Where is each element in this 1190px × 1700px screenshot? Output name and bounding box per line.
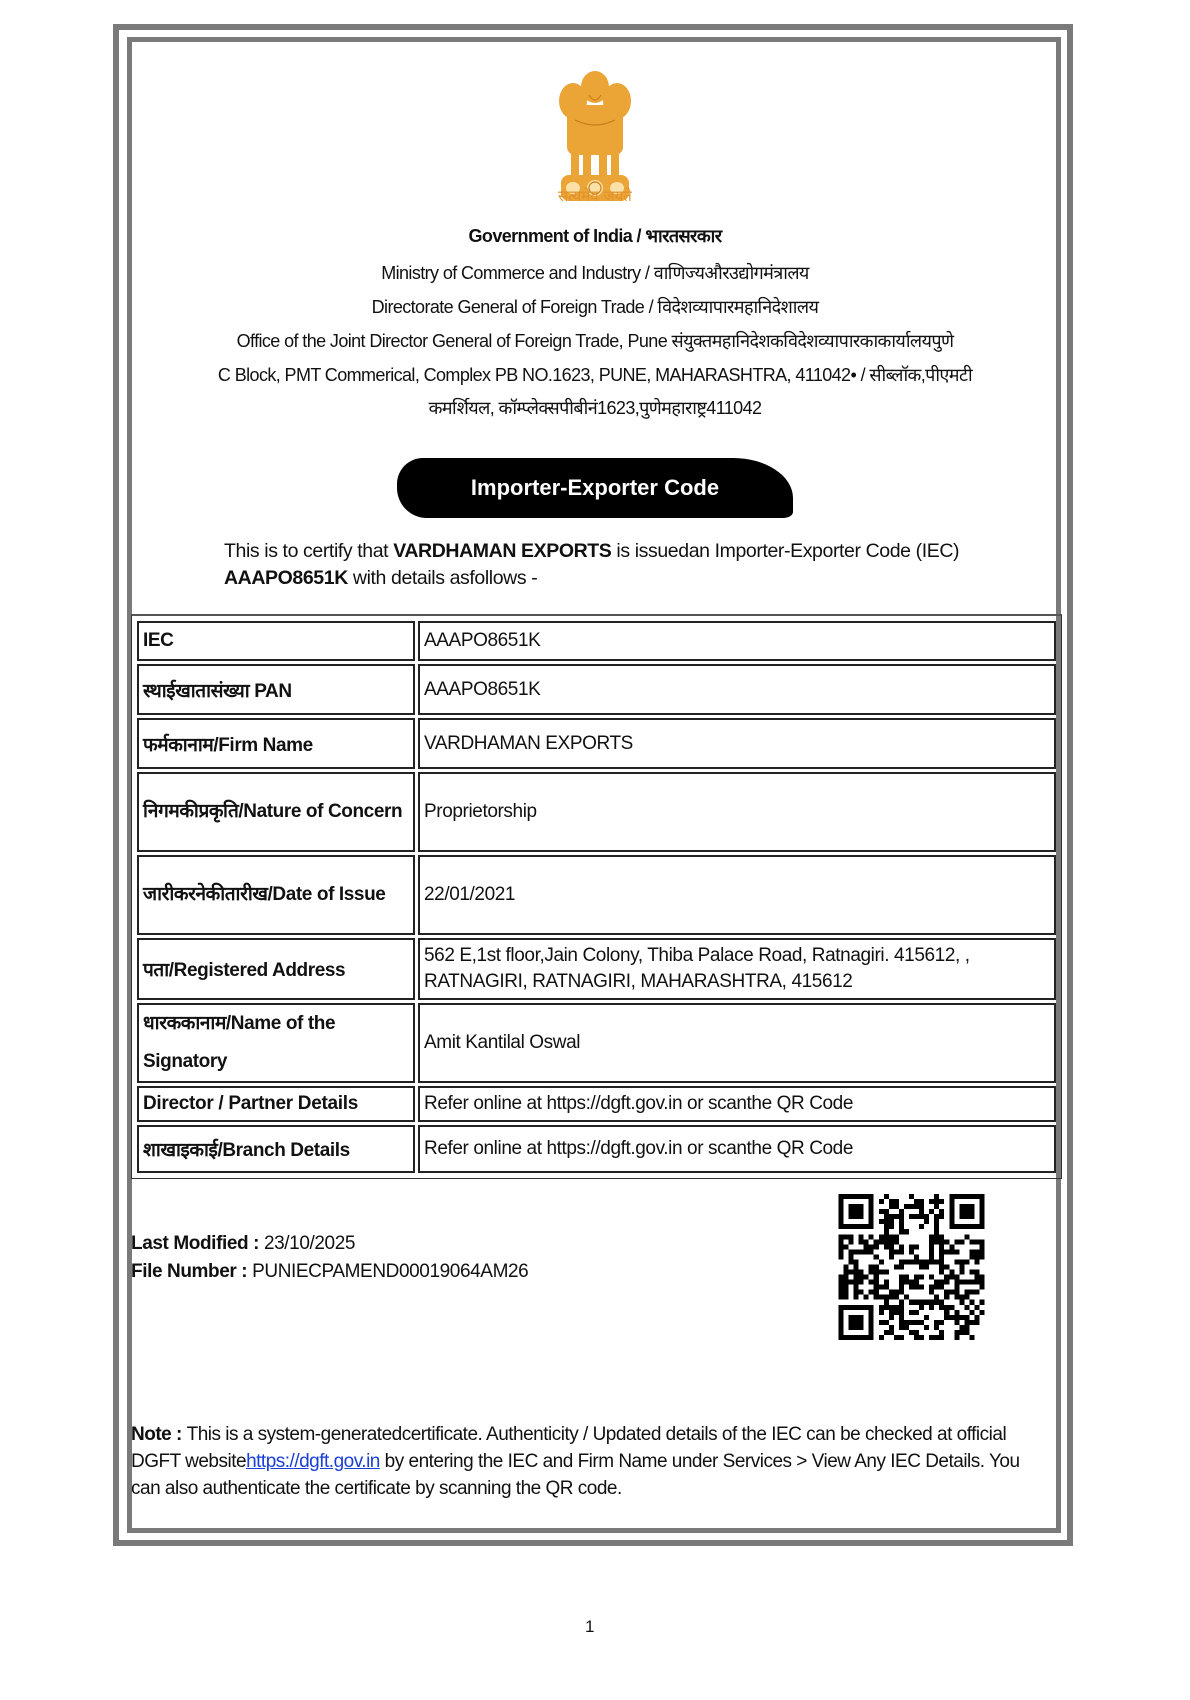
row-label: निगमकीप्रकृति/Nature of Concern xyxy=(137,772,415,852)
table-row: फर्मकानाम/Firm Name VARDHAMAN EXPORTS xyxy=(137,718,1056,769)
address-line: C Block, PMT Commerical, Complex PB NO.1… xyxy=(130,363,1060,387)
table-row: IEC AAAPO8651K xyxy=(137,621,1056,661)
certificate-title-banner: Importer-Exporter Code xyxy=(397,458,793,518)
certify-firm-name: VARDHAMAN EXPORTS xyxy=(393,540,611,562)
row-label: जारीकरनेकीतारीख/Date of Issue xyxy=(137,855,415,935)
file-number: File Number : PUNIECPAMEND00019064AM26 xyxy=(131,1261,528,1283)
row-label: फर्मकानाम/Firm Name xyxy=(137,718,415,769)
details-table: IEC AAAPO8651K स्थाईखातासंख्या PAN AAAPO… xyxy=(131,614,1062,1179)
file-number-value: PUNIECPAMEND00019064AM26 xyxy=(252,1261,528,1282)
table-row: जारीकरनेकीतारीख/Date of Issue 22/01/2021 xyxy=(137,855,1056,935)
note-paragraph: Note : This is a system-generatedcertifi… xyxy=(131,1421,1041,1502)
last-modified-label: Last Modified : xyxy=(131,1233,264,1254)
table-row: धारककानाम/Name of the Signatory Amit Kan… xyxy=(137,1003,1056,1083)
row-label: IEC xyxy=(137,621,415,661)
row-value: VARDHAMAN EXPORTS xyxy=(418,718,1056,769)
file-number-label: File Number : xyxy=(131,1261,252,1282)
row-value: 562 E,1st floor,Jain Colony, Thiba Palac… xyxy=(418,938,1056,1000)
row-label: पता/Registered Address xyxy=(137,938,415,1000)
row-value: Refer online at https://dgft.gov.in or s… xyxy=(418,1086,1056,1122)
government-title: Government of India / भारतसरकार xyxy=(130,224,1060,248)
row-value: Refer online at https://dgft.gov.in or s… xyxy=(418,1125,1056,1173)
table-row: निगमकीप्रकृति/Nature of Concern Propriet… xyxy=(137,772,1056,852)
certificate-title: Importer-Exporter Code xyxy=(471,475,719,501)
row-value: 22/01/2021 xyxy=(418,855,1056,935)
row-label: शाखाइकाई/Branch Details xyxy=(137,1125,415,1173)
table-row: स्थाईखातासंख्या PAN AAAPO8651K xyxy=(137,664,1056,715)
table-row: शाखाइकाई/Branch Details Refer online at … xyxy=(137,1125,1056,1173)
last-modified: Last Modified : 23/10/2025 xyxy=(131,1233,355,1255)
table-row: Director / Partner Details Refer online … xyxy=(137,1086,1056,1122)
row-value: Proprietorship xyxy=(418,772,1056,852)
office-line: Office of the Joint Director General of … xyxy=(130,329,1060,353)
directorate-line: Directorate General of Foreign Trade / व… xyxy=(130,295,1060,319)
ministry-line: Ministry of Commerce and Industry / वाणि… xyxy=(130,261,1060,285)
page-number: 1 xyxy=(585,1617,594,1637)
certify-suffix: with details asfollows - xyxy=(348,567,537,589)
row-label: Director / Partner Details xyxy=(137,1086,415,1122)
row-label: स्थाईखातासंख्या PAN xyxy=(137,664,415,715)
qr-code-icon[interactable] xyxy=(838,1194,985,1340)
row-value: AAAPO8651K xyxy=(418,664,1056,715)
certify-prefix: This is to certify that xyxy=(224,540,393,562)
certify-iec: AAAPO8651K xyxy=(224,567,348,589)
last-modified-value: 23/10/2025 xyxy=(264,1233,355,1254)
table-row: पता/Registered Address 562 E,1st floor,J… xyxy=(137,938,1056,1000)
row-value: Amit Kantilal Oswal xyxy=(418,1003,1056,1083)
dgft-website-link[interactable]: https://dgft.gov.in xyxy=(246,1451,380,1472)
row-label: धारककानाम/Name of the Signatory xyxy=(137,1003,415,1083)
emblem-motto: सत्यमेव जयते xyxy=(540,186,650,206)
certify-middle: is issuedan Importer-Exporter Code (IEC) xyxy=(611,540,959,562)
note-label: Note : xyxy=(131,1424,187,1445)
certification-statement: This is to certify that VARDHAMAN EXPORT… xyxy=(224,538,1004,592)
row-value: AAAPO8651K xyxy=(418,621,1056,661)
address-hindi-line: कमर्शियल, कॉम्प्लेक्सपीबीनं1623,पुणेमहार… xyxy=(130,396,1060,420)
